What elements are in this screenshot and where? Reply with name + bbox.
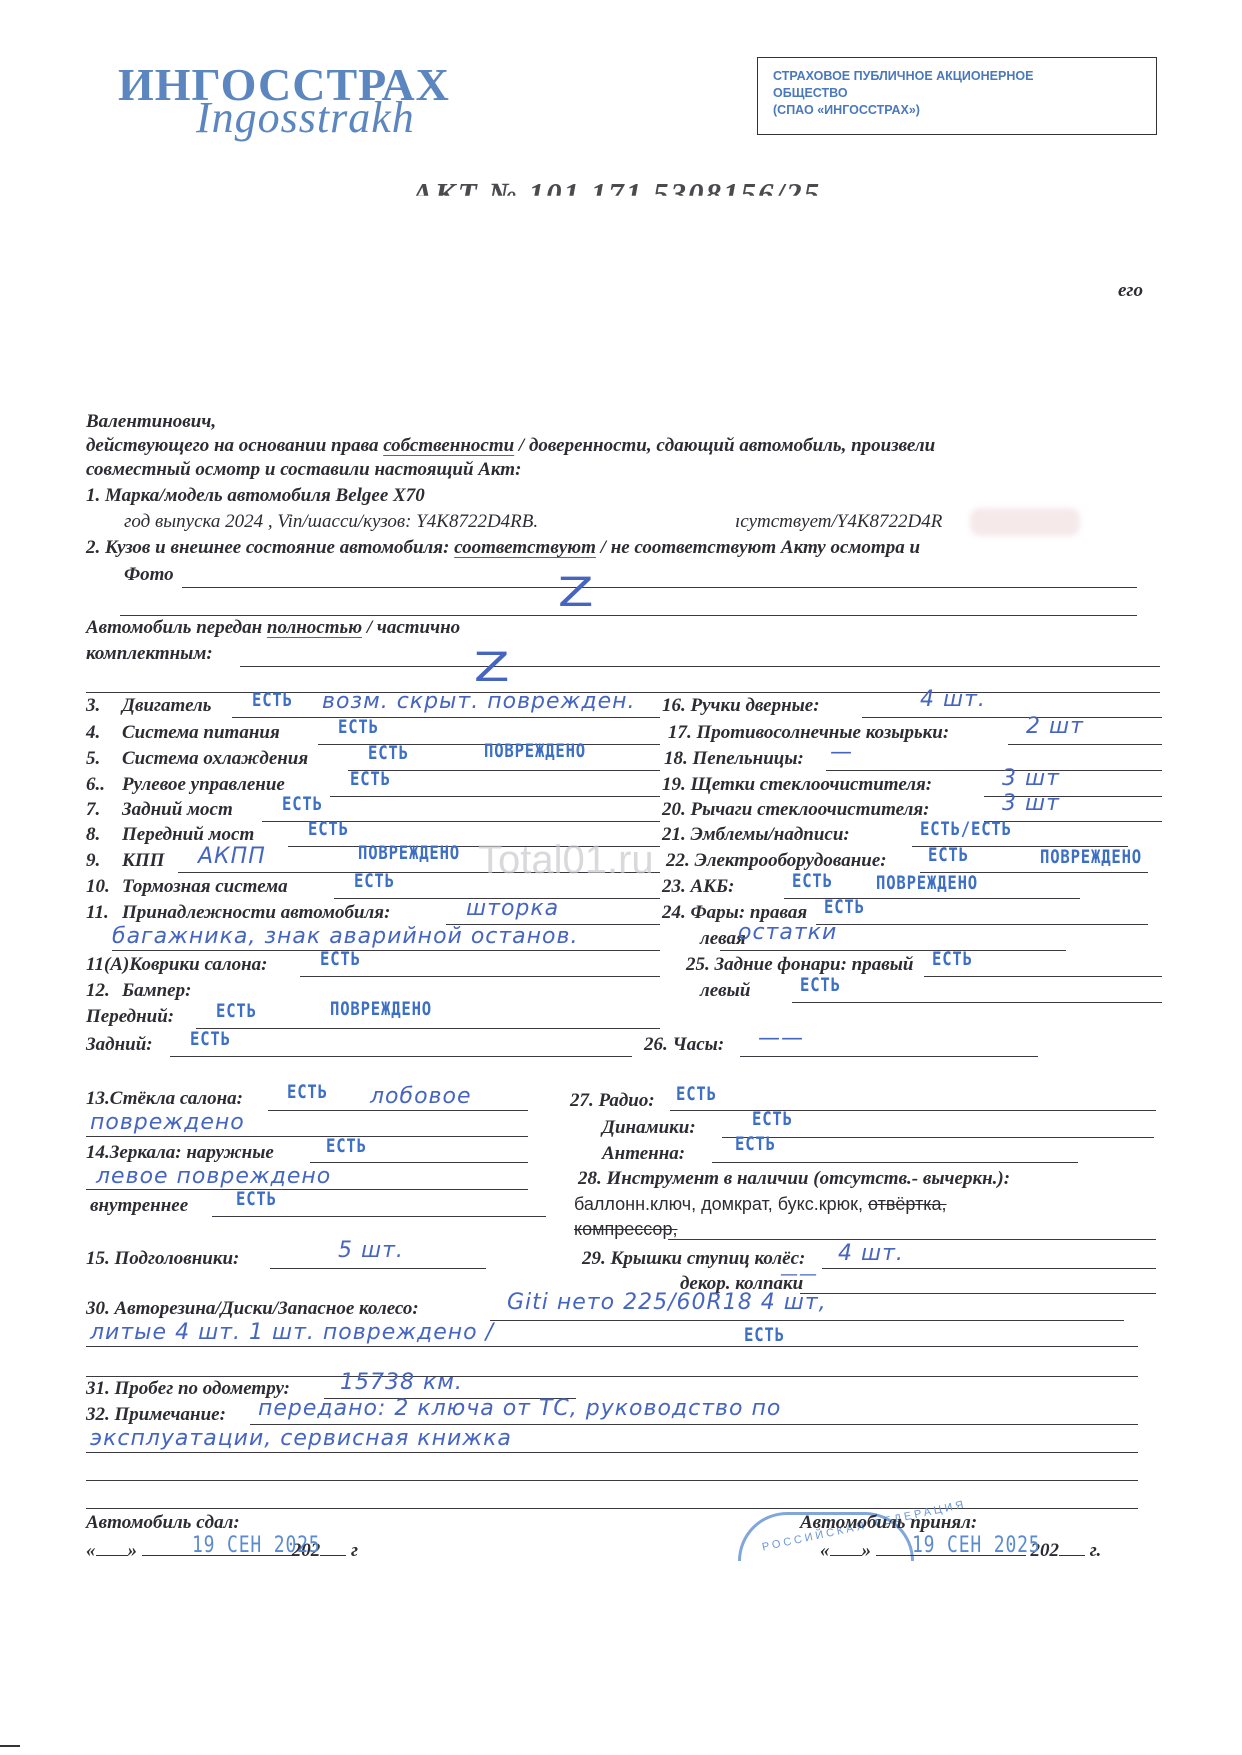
- item-number: 11(А): [86, 954, 129, 976]
- glass-hand: лобовое: [370, 1084, 472, 1109]
- day-blank: [96, 1555, 128, 1556]
- item-number: 12.: [86, 980, 122, 1002]
- speakers-stamp: ЕСТЬ: [752, 1108, 793, 1130]
- handwritten-value: АКПП: [198, 844, 266, 869]
- item-fill-line: [196, 1028, 660, 1029]
- quote-close-2: »: [862, 1540, 872, 1561]
- stamp-damaged: ПОВРЕЖДЕНО: [1040, 846, 1142, 868]
- accepted-label: Автомобиль принял:: [800, 1512, 977, 1534]
- item-number: 5.: [86, 748, 122, 770]
- item-text: АКБ:: [691, 876, 735, 897]
- mirrors-line-2: [86, 1189, 528, 1190]
- item-number: 6..: [86, 774, 122, 796]
- stamp-damaged: ПОВРЕЖДЕНО: [876, 872, 978, 894]
- company-name: СТРАХОВОЕ ПУБЛИЧНОЕ АКЦИОНЕРНОЕ ОБЩЕСТВО…: [773, 68, 1033, 119]
- glass-hand-2: повреждено: [90, 1110, 245, 1135]
- item-number: 21.: [662, 824, 686, 845]
- item-number: 26.: [644, 1034, 668, 1055]
- item-number: 17.: [668, 722, 692, 743]
- mirrors-line: [310, 1162, 528, 1163]
- quote-open: «: [86, 1540, 96, 1561]
- mirrors-label: 14.Зеркала: наружные: [86, 1142, 274, 1164]
- item-number: 3.: [86, 695, 122, 717]
- tires-hand-1: Giti нето 225/60R18 4 шт,: [507, 1290, 827, 1315]
- item-text: Тормозная система: [122, 876, 288, 897]
- completeness-text: Автомобиль передан: [86, 617, 267, 638]
- photo-label: Фото: [124, 564, 174, 586]
- stamp-present: ЕСТЬ: [800, 974, 841, 996]
- item-label: 12.Бампер:: [86, 980, 191, 1002]
- stamp-present: ЕСТЬ: [282, 793, 323, 815]
- speakers-line: [722, 1137, 1154, 1138]
- notes-hand-1: передано: 2 ключа от ТС, руководство по: [258, 1396, 781, 1421]
- stamp-present: ЕСТЬ: [216, 1000, 257, 1022]
- notes-line-3: [86, 1480, 1138, 1481]
- item-label: 4.Система питания: [86, 722, 280, 744]
- item-label: 17. Противосолнечные козырьки:: [668, 722, 949, 744]
- item-label: Передний:: [86, 1006, 174, 1028]
- year-suffix-2: г.: [1090, 1540, 1102, 1561]
- item-number: 18.: [664, 748, 688, 769]
- radio-stamp: ЕСТЬ: [676, 1083, 717, 1105]
- glass-line-2: [86, 1136, 528, 1137]
- item-text: Эмблемы/надписи:: [691, 824, 850, 845]
- notes-line-2: [86, 1452, 1138, 1453]
- day-blank-2: [830, 1555, 862, 1556]
- item-fill-line: [862, 717, 1162, 718]
- company-line-1: СТРАХОВОЕ ПУБЛИЧНОЕ АКЦИОНЕРНОЕ: [773, 68, 1033, 85]
- photo-line-2: [120, 615, 1137, 616]
- item-label: 5.Система охлаждения: [86, 748, 308, 770]
- item-fill-line: [792, 1002, 1162, 1003]
- item-number: 24.: [662, 902, 686, 923]
- intro-basis-line: действующего на основании права собствен…: [86, 435, 935, 457]
- mirrors-stamp: ЕСТЬ: [326, 1135, 367, 1157]
- company-info-box: СТРАХОВОЕ ПУБЛИЧНОЕ АКЦИОНЕРНОЕ ОБЩЕСТВО…: [757, 57, 1157, 135]
- stamp-present: ЕСТЬ: [368, 742, 409, 764]
- item-text: Щетки стеклоочистителя:: [691, 774, 933, 795]
- intro-text-rest: / доверенности, сдающий автомобиль, прои…: [514, 435, 935, 456]
- item-number: 20.: [662, 799, 686, 820]
- item-fill-line: [1008, 744, 1162, 745]
- item-text: левый: [700, 980, 750, 1001]
- item-fill-line: [330, 796, 660, 797]
- handwritten-value: 3 шт: [1002, 766, 1060, 791]
- item-text: Принадлежности автомобиля:: [122, 902, 390, 923]
- stamp-present: ЕСТЬ: [190, 1028, 231, 1050]
- glass-stamp: ЕСТЬ: [287, 1081, 328, 1103]
- glass-line: [268, 1110, 528, 1111]
- mirrors-hand: левое повреждено: [96, 1164, 331, 1189]
- item-label: 23. АКБ:: [662, 876, 734, 898]
- item-text: Задний мост: [122, 799, 233, 820]
- item-number: 22.: [666, 850, 690, 871]
- handwritten-value: —: [830, 740, 853, 765]
- tires-stamp: ЕСТЬ: [744, 1324, 785, 1346]
- owner-patronymic: Валентинович,: [86, 411, 216, 433]
- tools-present: баллонн.ключ, домкрат, букс.крюк,: [574, 1194, 868, 1214]
- handwritten-value: возм. скрыт. поврежден.: [322, 689, 635, 714]
- z-mark: Z: [558, 570, 594, 616]
- handwritten-value: остатки: [738, 920, 837, 945]
- item-number: 25.: [686, 954, 710, 975]
- year-blank-2: [1059, 1555, 1085, 1556]
- stamp-present: ЕСТЬ: [354, 870, 395, 892]
- item-fill-line: [720, 950, 1066, 951]
- act-title: АКТ № 101 171 5308156/25: [412, 176, 821, 212]
- item-label: 22. Электрооборудование:: [666, 850, 887, 872]
- photo-line: [182, 587, 1137, 588]
- item-label: 11.Принадлежности автомобиля:: [86, 902, 390, 924]
- basis-ownership-selected: собственности: [383, 435, 514, 456]
- antenna-line: [712, 1162, 1078, 1163]
- item-text: Двигатель: [122, 695, 211, 716]
- item-fill-line: [232, 717, 660, 718]
- radio-label: 27. Радио:: [570, 1090, 655, 1112]
- scan-corner-mark: [0, 1745, 20, 1747]
- item-1-year-vin: год выпуска 2024 , Vin/шасси/кузов: Y4K8…: [124, 511, 538, 533]
- stamp-present: ЕСТЬ: [350, 768, 391, 790]
- stamp-present: ЕСТЬ: [928, 844, 969, 866]
- handwritten-value: 4 шт.: [920, 687, 986, 712]
- stamp-present: ЕСТЬ: [792, 870, 833, 892]
- item-fill-line: [170, 1056, 632, 1057]
- tires-hand-2: литые 4 шт. 1 шт. повреждено /: [90, 1320, 494, 1345]
- completeness-line-field: [240, 666, 1160, 667]
- item-label: 7.Задний мост: [86, 799, 233, 821]
- tires-line: [490, 1320, 1124, 1321]
- item-fill-line: [300, 976, 660, 977]
- item-label: 25. Задние фонари: правый: [686, 954, 914, 976]
- logo-ingosstrakh-en: Ingosstrakh: [196, 92, 415, 143]
- stamp-damaged: ПОВРЕЖДЕНО: [330, 998, 432, 1020]
- item-text: Система питания: [122, 722, 280, 743]
- completeness-text-rest: / частично: [362, 617, 460, 638]
- tools-list: баллонн.ключ, домкрат, букс.крюк, отвёрт…: [574, 1194, 947, 1215]
- item-number: 16.: [662, 695, 686, 716]
- item-text: Коврики салона:: [129, 954, 267, 975]
- antenna-stamp: ЕСТЬ: [735, 1133, 776, 1155]
- hubcaps-line: [822, 1268, 1156, 1269]
- item-text: Пепельницы:: [693, 748, 804, 769]
- tires-line-2: [86, 1346, 1138, 1347]
- item-label: 16. Ручки дверные:: [662, 695, 820, 717]
- headrests-label: 15. Подголовники:: [86, 1248, 239, 1270]
- item-label: 6..Рулевое управление: [86, 774, 285, 796]
- antenna-label: Антенна:: [602, 1143, 685, 1165]
- item-number: 7.: [86, 799, 122, 821]
- inner-mirror-line: [212, 1216, 546, 1217]
- handed-over-label: Автомобиль сдал:: [86, 1512, 240, 1534]
- tools-line: [668, 1239, 1156, 1240]
- decor-caps-hand: ——: [780, 1264, 818, 1285]
- year-suffix: г: [351, 1540, 358, 1561]
- company-line-2: ОБЩЕСТВО: [773, 85, 1033, 102]
- item-text: Часы:: [673, 1034, 725, 1055]
- stamp-present: ЕСТЬ: [338, 716, 379, 738]
- item-number: 9.: [86, 850, 122, 872]
- item-text: Передний мост: [122, 824, 254, 845]
- item-text: Электрооборудование:: [695, 850, 887, 871]
- handwritten-value: ——: [758, 1026, 804, 1051]
- stamp-present: ЕСТЬ: [308, 818, 349, 840]
- tires-label: 30. Авторезина/Диски/Запасное колесо:: [86, 1298, 419, 1320]
- item-number: 10.: [86, 876, 122, 898]
- handwritten-value: 3 шт: [1002, 791, 1060, 816]
- item-label: 20. Рычаги стеклоочистителя:: [662, 799, 929, 821]
- item-text: Задний:: [86, 1034, 153, 1055]
- item-fill-line: [740, 1056, 1038, 1057]
- item-1-vin-right: ıсутствует/Y4K8722D4R: [735, 511, 942, 533]
- item-label: 26. Часы:: [644, 1034, 724, 1056]
- completeness-label: комплектным:: [86, 643, 213, 665]
- item-number: 8.: [86, 824, 122, 846]
- glass-label: 13.Стёкла салона:: [86, 1088, 243, 1110]
- item-2-text: 2. Кузов и внешнее состояние автомобиля:: [86, 537, 454, 558]
- item-text: Задние фонари: правый: [715, 954, 914, 975]
- item-label: левый: [700, 980, 750, 1002]
- item-label: 19. Щетки стеклоочистителя:: [662, 774, 932, 796]
- notes-line: [250, 1424, 1138, 1425]
- item-text: Рычаги стеклоочистителя:: [691, 799, 930, 820]
- item-label: 18. Пепельницы:: [664, 748, 804, 770]
- notes-label: 32. Примечание:: [86, 1404, 226, 1426]
- item-fill-line: [348, 770, 660, 771]
- intro-line-3: совместный осмотр и составили настоящий …: [86, 459, 521, 481]
- stamp-present: ЕСТЬ: [320, 948, 361, 970]
- item-fill-line: [826, 770, 1162, 771]
- quote-close: »: [128, 1540, 138, 1561]
- handwritten-value: шторка: [466, 896, 559, 921]
- stamp-damaged: ПОВРЕЖДЕНО: [358, 842, 460, 864]
- item-label: 3.Двигатель: [86, 695, 211, 717]
- radio-line: [670, 1110, 1156, 1111]
- item-1-make-model: 1. Марка/модель автомобиля Belgee X70: [86, 485, 425, 507]
- speakers-label: Динамики:: [602, 1117, 696, 1139]
- completeness-selected: полностью: [267, 617, 362, 638]
- item-text: Рулевое управление: [122, 774, 285, 795]
- item-label: 10.Тормозная система: [86, 876, 288, 898]
- item-number: 23.: [662, 876, 686, 897]
- stamp-present: ЕСТЬ: [932, 948, 973, 970]
- inner-mirror-label: внутреннее: [90, 1195, 188, 1217]
- item-label: 21. Эмблемы/надписи:: [662, 824, 850, 846]
- handed-over-date-stamp: 19 СЕН 2025: [192, 1533, 320, 1558]
- item-number: 4.: [86, 722, 122, 744]
- watermark: Total01.ru: [478, 838, 654, 883]
- decor-caps-line: [800, 1293, 1156, 1294]
- tools-struck-compressor: компрессор,: [574, 1219, 677, 1240]
- item-label: 11(А)Коврики салона:: [86, 954, 268, 976]
- notes-line-4: [86, 1508, 1138, 1509]
- stamp-damaged: ПОВРЕЖДЕНО: [484, 740, 586, 762]
- item-fill-line: [924, 976, 1162, 977]
- handwritten-value-2: багажника, знак аварийной останов.: [112, 924, 578, 949]
- headrests-line: [270, 1268, 486, 1269]
- stamp-present: ЕСТЬ: [824, 896, 865, 918]
- item-text: Ручки дверные:: [691, 695, 820, 716]
- item-number: 11.: [86, 902, 122, 924]
- z-mark-2: Z: [474, 645, 510, 691]
- intro-text: действующего на основании права: [86, 435, 383, 456]
- accepted-date-stamp: 19 СЕН 2025: [912, 1533, 1040, 1558]
- company-line-3: (СПАО «ИНГОССТРАХ»): [773, 102, 1033, 119]
- notes-hand-2: эксплуатации, сервисная книжка: [90, 1426, 512, 1451]
- hubcaps-hand: 4 шт.: [838, 1241, 904, 1266]
- item-label: 9.КПП: [86, 850, 164, 872]
- item-number: 19.: [662, 774, 686, 795]
- tires-line-3: [86, 1376, 1138, 1377]
- stamp-present: ЕСТЬ/ЕСТЬ: [920, 818, 1012, 840]
- item-label: 8.Передний мост: [86, 824, 254, 846]
- item-fill-line-2: [112, 950, 660, 951]
- redacted-area: [970, 508, 1080, 536]
- completeness-line: Автомобиль передан полностью / частично: [86, 617, 460, 639]
- item-2-body-condition: 2. Кузов и внешнее состояние автомобиля:…: [86, 537, 920, 559]
- item-2-selected: соответствуют: [454, 537, 596, 558]
- tools-label: 28. Инструмент в наличии (отсутств.- выч…: [578, 1168, 1010, 1190]
- item-label: Задний:: [86, 1034, 153, 1056]
- item-fill-line: [816, 924, 1148, 925]
- odometer-value: 15738 км.: [340, 1370, 463, 1395]
- item-text: Система охлаждения: [122, 748, 308, 769]
- item-text: Передний:: [86, 1006, 174, 1027]
- year-blank: [320, 1555, 346, 1556]
- quote-open-2: «: [820, 1540, 830, 1561]
- item-text: Бампер:: [122, 980, 191, 1001]
- stamp-present: ЕСТЬ: [252, 689, 293, 711]
- text-fragment: его: [1118, 280, 1143, 302]
- hubcaps-label: 29. Крышки ступиц колёс:: [582, 1248, 805, 1270]
- item-text: Противосолнечные козырьки:: [697, 722, 950, 743]
- item-text: КПП: [122, 850, 164, 871]
- inner-mirror-stamp: ЕСТЬ: [236, 1188, 277, 1210]
- headrests-hand: 5 шт.: [338, 1238, 404, 1263]
- item-2-text-rest: / не соответствуют Акту осмотра и: [596, 537, 920, 558]
- tools-struck-screwdriver: отвёртка,: [868, 1194, 947, 1214]
- handwritten-value: 2 шт: [1026, 714, 1084, 739]
